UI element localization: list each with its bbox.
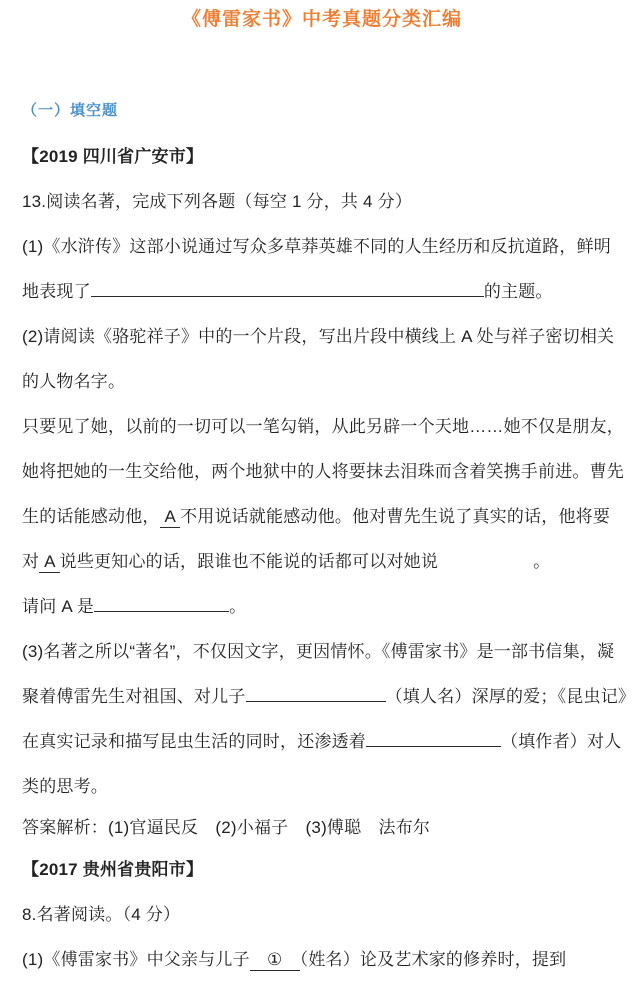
text-run: (1)《水浒传》这部小说通过写众多草莽英雄不同的人生经历和反抗道路，鲜明 — [22, 237, 611, 256]
q13-part3-line3: 在真实记录和描写昆虫生活的同时，还渗透着（填作者）对人 — [22, 719, 622, 764]
page-title: 《傅雷家书》中考真题分类汇编 — [22, 6, 622, 34]
source-heading-2019-sichuan-guangan: 【2019 四川省广安市】 — [22, 134, 622, 179]
q13-part1-line1: (1)《水浒传》这部小说通过写众多草莽英雄不同的人生经历和反抗道路，鲜明 — [22, 224, 622, 269]
text-run: 。 — [229, 597, 246, 616]
text-run: （填人名）深厚的爱；《昆虫记》 — [386, 687, 636, 706]
q13-part1-line2: 地表现了的主题。 — [22, 269, 622, 314]
blank-underline — [91, 283, 484, 297]
text-run: 不用说话就能感动他。他对曹先生说了真实的话，他将要 — [180, 507, 610, 526]
text-run: 13.阅读名著，完成下列各题（每空 1 分，共 4 分） — [22, 192, 412, 211]
underlined-answer-slot: A — [160, 507, 180, 528]
text-run: 聚着傅雷先生对祖国、对儿子 — [22, 687, 246, 706]
text-run: 说些更知心的话，跟谁也不能说的话都可以对她说 — [60, 552, 438, 571]
blank-underline — [366, 733, 501, 747]
text-run: 答案解析：(1)官逼民反 (2)小福子 (3)傅聪 法布尔 — [22, 818, 430, 837]
underlined-answer-slot: ① — [250, 950, 300, 971]
text-run: 8.名著阅读。（4 分） — [22, 905, 180, 924]
q13-part3-line1: (3)名著之所以“著名”，不仅因文字，更因情怀。《傅雷家书》是一部书信集，凝 — [22, 629, 622, 674]
text-run: 。 — [533, 552, 550, 571]
text-run: （填作者）对人 — [501, 732, 621, 751]
section-heading-fill-in-blanks: （一）填空题 — [22, 100, 622, 122]
q8-part1-line1: (1)《傅雷家书》中父亲与儿子 ① （姓名）论及艺术家的修养时，提到 — [22, 937, 622, 981]
text-run: 类的思考。 — [22, 777, 108, 796]
q13-part2-line1: (2)请阅读《骆驼祥子》中的一个片段，写出片段中横线上 A 处与祥子密切相关 — [22, 314, 622, 359]
excerpt-line1: 只要见了她，以前的一切可以一笔勾销，从此另辟一个天地……她不仅是朋友， — [22, 404, 622, 449]
question-8-stem: 8.名著阅读。（4 分） — [22, 892, 622, 937]
text-run: 只要见了她，以前的一切可以一笔勾销，从此另辟一个天地……她不仅是朋友， — [22, 417, 624, 436]
text-run: (1)《傅雷家书》中父亲与儿子 — [22, 950, 250, 969]
q13-part2-line2: 的人物名字。 — [22, 359, 622, 404]
text-run: 【2019 四川省广安市】 — [22, 147, 203, 166]
text-run: 对 — [22, 552, 39, 571]
text-run: 【2017 贵州省贵阳市】 — [22, 860, 203, 879]
text-run: 在真实记录和描写昆虫生活的同时，还渗透着 — [22, 732, 366, 751]
text-run: 地表现了 — [22, 282, 91, 301]
q13-part3-line2: 聚着傅雷先生对祖国、对儿子（填人名）深厚的爱；《昆虫记》 — [22, 674, 622, 719]
text-run: (3)名著之所以“著名”，不仅因文字，更因情怀。《傅雷家书》是一部书信集，凝 — [22, 642, 614, 661]
blank-underline — [246, 688, 386, 702]
text-run: 她将把她的一生交给他，两个地狱中的人将要抹去泪珠而含着笑携手前进。曹先 — [22, 462, 624, 481]
answer-key-line: 答案解析：(1)官逼民反 (2)小福子 (3)傅聪 法布尔 — [22, 809, 622, 847]
source-heading-2017-guizhou-guiyang: 【2017 贵州省贵阳市】 — [22, 847, 622, 892]
spacer — [438, 566, 533, 567]
underlined-answer-slot: A — [39, 552, 59, 573]
q13-part2-prompt: 请问 A 是。 — [22, 584, 622, 629]
document-page: 《傅雷家书》中考真题分类汇编 （一）填空题 【2019 四川省广安市】13.阅读… — [0, 0, 640, 981]
question-13-stem: 13.阅读名著，完成下列各题（每空 1 分，共 4 分） — [22, 179, 622, 224]
text-run: 生的话能感动他， — [22, 507, 160, 526]
q13-part3-line4: 类的思考。 — [22, 764, 622, 809]
text-run: 的人物名字。 — [22, 372, 125, 391]
text-run: （姓名）论及艺术家的修养时，提到 — [300, 950, 567, 969]
excerpt-line2: 她将把她的一生交给他，两个地狱中的人将要抹去泪珠而含着笑携手前进。曹先 — [22, 449, 622, 494]
text-run: 请问 A 是 — [22, 597, 94, 616]
document-body: 【2019 四川省广安市】13.阅读名著，完成下列各题（每空 1 分，共 4 分… — [22, 134, 622, 981]
text-run: 的主题。 — [484, 282, 553, 301]
excerpt-line3: 生的话能感动他， A 不用说话就能感动他。他对曹先生说了真实的话，他将要 — [22, 494, 622, 539]
text-run: (2)请阅读《骆驼祥子》中的一个片段，写出片段中横线上 A 处与祥子密切相关 — [22, 327, 614, 346]
blank-underline — [94, 598, 229, 612]
excerpt-line4: 对 A 说些更知心的话，跟谁也不能说的话都可以对她说。 — [22, 539, 622, 584]
